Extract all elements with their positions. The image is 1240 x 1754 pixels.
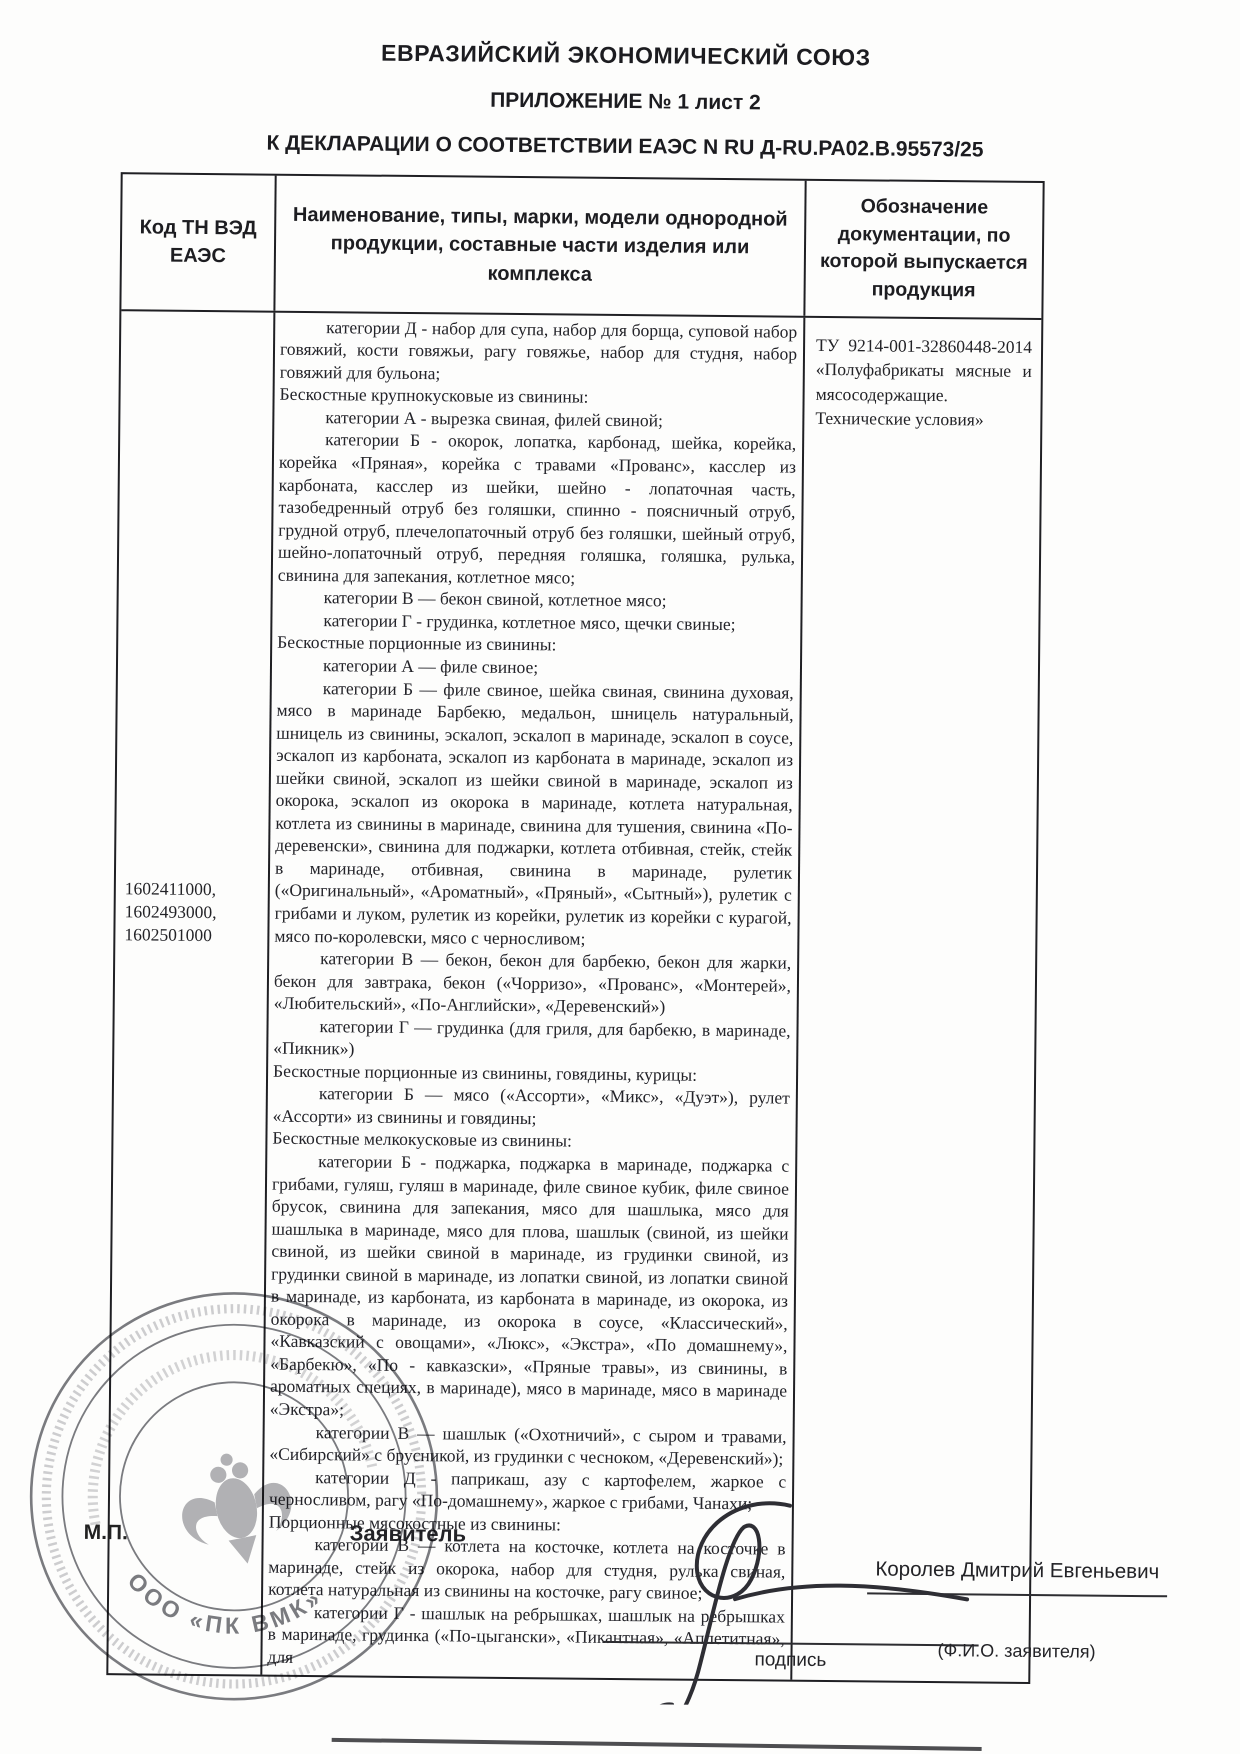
- applicant-signature: [638, 1494, 980, 1707]
- product-paragraph: категории Б — мясо («Ассорти», «Микс», «…: [273, 1082, 790, 1132]
- declaration-number-title: К ДЕКЛАРАЦИИ О СООТВЕТСТВИИ ЕАЭС N RU Д-…: [5, 129, 1240, 165]
- product-paragraph: категории Д - набор для супа, набор для …: [280, 315, 798, 388]
- product-paragraph: категории Б - поджарка, поджарка в марин…: [270, 1150, 790, 1426]
- applicant-label: Заявитель: [350, 1520, 467, 1547]
- stamp-place-label: М.П.: [84, 1521, 128, 1545]
- product-paragraph: категории В — шашлык («Охотничий», с сыр…: [269, 1420, 786, 1470]
- tn-ved-code: 1602411000,: [125, 877, 268, 901]
- col-header-product-name: Наименование, типы, марки, модели одноро…: [273, 176, 804, 316]
- product-paragraph: категории В — бекон, бекон для барбекю, …: [274, 947, 792, 1020]
- col-header-tnved-code: Код ТН ВЭД ЕАЭС: [121, 174, 274, 310]
- products-table: Код ТН ВЭД ЕАЭС Наименование, типы, марк…: [106, 172, 1044, 1683]
- col-header-documentation: Обозначение документации, по которой вып…: [803, 181, 1042, 318]
- documentation-reference: ТУ 9214-001-32860448-2014 «Полуфабрикаты…: [815, 333, 1032, 433]
- table-body-row: 1602411000,1602493000,1602501000 категор…: [108, 311, 1041, 1682]
- tnved-codes-cell: 1602411000,1602493000,1602501000: [108, 311, 273, 1674]
- document-page: ЕВРАЗИЙСКИЙ ЭКОНОМИЧЕСКИЙ СОЮЗ ПРИЛОЖЕНИ…: [0, 0, 1240, 1754]
- tn-ved-code: 1602501000: [124, 923, 267, 947]
- tnved-codes-list: 1602411000,1602493000,1602501000: [115, 877, 268, 947]
- documentation-cell: ТУ 9214-001-32860448-2014 «Полуфабрикаты…: [790, 317, 1041, 1681]
- product-description-cell: категории Д - набор для супа, набор для …: [260, 312, 803, 1679]
- product-paragraph: категории Г — грудинка (для гриля, для б…: [273, 1014, 790, 1064]
- product-paragraph: категории Б - окорок, лопатка, карбонад,…: [278, 428, 796, 591]
- scan-artifact-line: [332, 1738, 982, 1751]
- product-paragraph: категории Б — филе свиное, шейка свиная,…: [274, 676, 794, 952]
- table-header-row: Код ТН ВЭД ЕАЭС Наименование, типы, марк…: [121, 174, 1042, 320]
- union-title: ЕВРАЗИЙСКИЙ ЭКОНОМИЧЕСКИЙ СОЮЗ: [6, 36, 1240, 75]
- appendix-title: ПРИЛОЖЕНИЕ № 1 лист 2: [5, 84, 1240, 120]
- tn-ved-code: 1602493000,: [125, 900, 268, 924]
